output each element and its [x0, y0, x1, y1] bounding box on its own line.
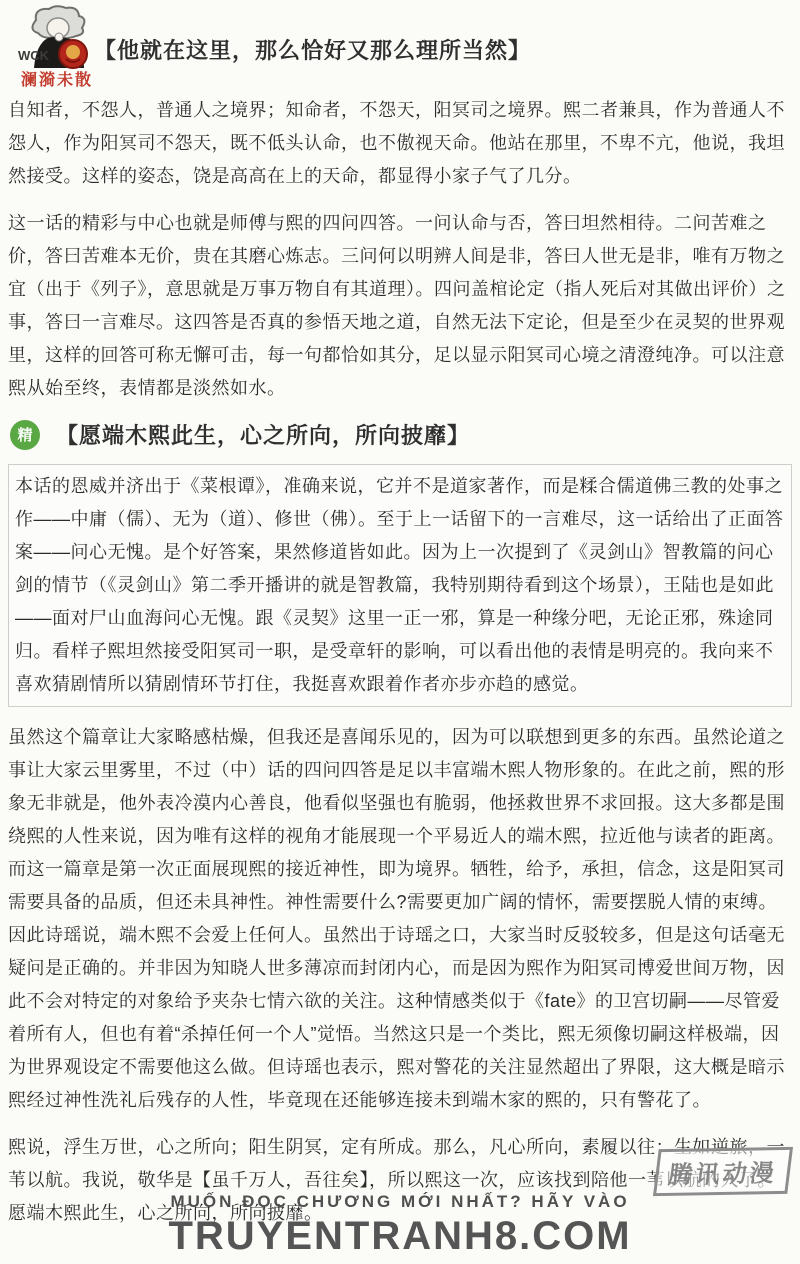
author-avatar-sketch: WCK: [16, 4, 98, 70]
site-footer: MUỐN ĐỌC CHƯƠNG MỚI NHẤT? HÃY VÀO TRUYEN…: [0, 1192, 800, 1258]
footer-site-url: TRUYENTRANH8.COM: [0, 1214, 800, 1258]
tencent-comics-watermark: 腾讯动漫: [653, 1147, 793, 1196]
paragraph-1: 自知者，不怨人，普通人之境界；知命者，不怨天，阳冥司之境界。熙二者兼具，作为普通…: [8, 94, 792, 193]
hand-shape: [55, 33, 63, 41]
commentary-content: 自知者，不怨人，普通人之境界；知命者，不怨天，阳冥司之境界。熙二者兼具，作为普通…: [0, 94, 800, 1230]
paragraph-3: 虽然这个篇章让大家略感枯燥，但我还是喜闻乐见的，因为可以联想到更多的东西。虽然论…: [8, 721, 792, 1117]
seal-center-motif: [66, 45, 80, 59]
comic-commentary-page: WCK 澜漪未散 【他就在这里，那么恰好又那么理所当然】 自知者，不怨人，普通人…: [0, 0, 800, 1264]
section2-title: 【愿端木熙此生，心之所向，所向披靡】: [56, 419, 470, 450]
featured-header-row: 精 【愿端木熙此生，心之所向，所向披靡】: [10, 419, 790, 450]
author-name-caption: 澜漪未散: [12, 67, 102, 90]
boxed-paragraph: 本话的恩威并济出于《菜根谭》，准确来说，它并不是道家著作，而是糅合儒道佛三教的处…: [8, 464, 792, 707]
section1-title: 【他就在这里，那么恰好又那么理所当然】: [0, 0, 800, 65]
author-logo: WCK 澜漪未散: [12, 4, 102, 90]
footer-promo-text: MUỐN ĐỌC CHƯƠNG MỚI NHẤT? HÃY VÀO: [0, 1192, 800, 1212]
page-header: WCK 澜漪未散 【他就在这里，那么恰好又那么理所当然】: [0, 0, 800, 94]
paragraph-2: 这一话的精彩与中心也就是师傅与熙的四问四答。一问认命与否，答曰坦然相待。二问苦难…: [8, 207, 792, 405]
featured-badge: 精: [10, 420, 40, 450]
brand-letters: WCK: [18, 48, 50, 63]
